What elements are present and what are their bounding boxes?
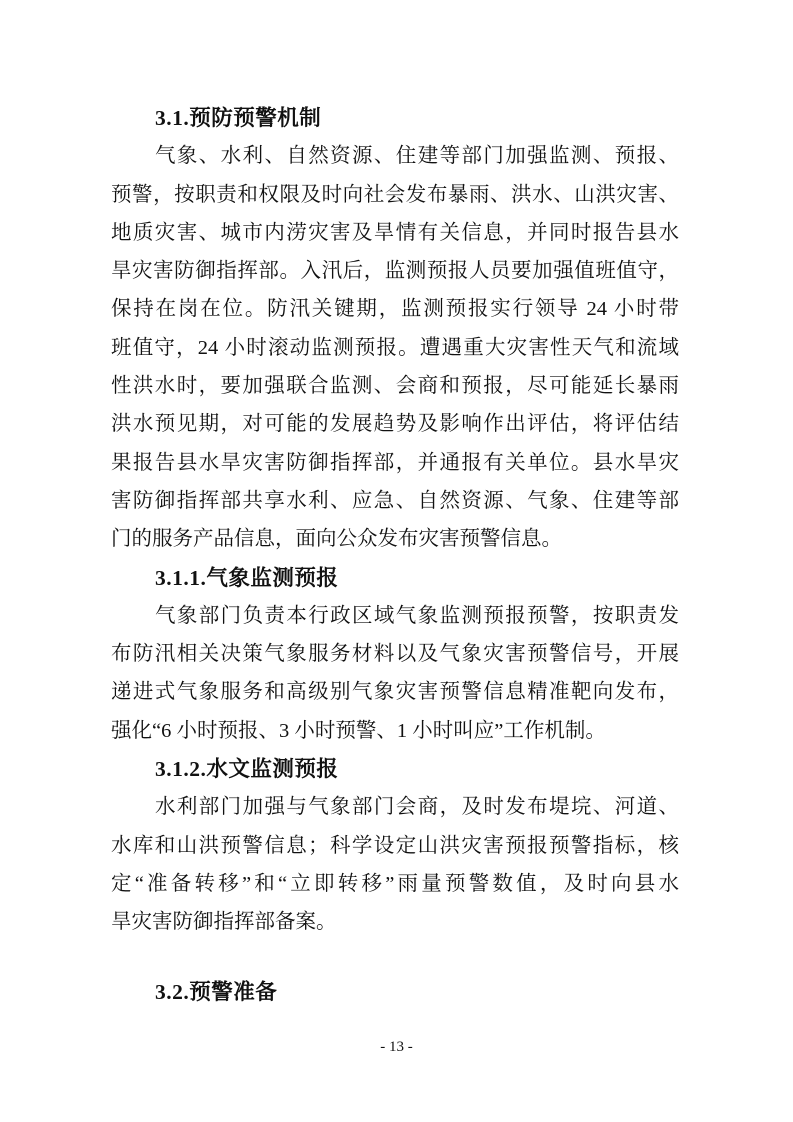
section-heading-3-1: 3.1.预防预警机制 [111,99,679,137]
text-line: 水库和山洪预警信息；科学设定山洪灾害预报预警指标，核 [111,827,679,865]
text-line: 害防御指挥部共享水利、应急、自然资源、气象、住建等部 [111,482,679,520]
section-heading-3-1-2: 3.1.2.水文监测预报 [111,750,679,788]
text-line: 地质灾害、城市内涝灾害及旱情有关信息，并同时报告县水 [111,214,679,252]
text-line: 果报告县水旱灾害防御指挥部，并通报有关单位。县水旱灾 [111,444,679,482]
section-heading-3-2: 3.2.预警准备 [111,973,679,1011]
text-line: 水利部门加强与气象部门会商，及时发布堤垸、河道、 [111,788,679,826]
text-line: 递进式气象服务和高级别气象灾害预警信息精准靶向发布， [111,673,679,711]
text-line: 门的服务产品信息，面向公众发布灾害预警信息。 [111,520,679,558]
document-page: 3.1.预防预警机制 气象、水利、自然资源、住建等部门加强监测、预报、 预警，按… [0,0,793,1122]
text-line: 保持在岗在位。防汛关键期，监测预报实行领导 24 小时带 [111,290,679,328]
text-line: 强化“6 小时预报、3 小时预警、1 小时叫应”工作机制。 [111,712,679,750]
text-line: 定“准备转移”和“立即转移”雨量预警数值，及时向县水 [111,865,679,903]
text-line: 旱灾害防御指挥部备案。 [111,903,679,941]
page-number: - 13 - [0,1035,793,1059]
text-line: 性洪水时，要加强联合监测、会商和预报，尽可能延长暴雨 [111,367,679,405]
text-line: 气象部门负责本行政区域气象监测预报预警，按职责发 [111,597,679,635]
document-body: 3.1.预防预警机制 气象、水利、自然资源、住建等部门加强监测、预报、 预警，按… [111,99,679,1011]
text-line: 布防汛相关决策气象服务材料以及气象灾害预警信号，开展 [111,635,679,673]
text-line: 旱灾害防御指挥部。入汛后，监测预报人员要加强值班值守， [111,252,679,290]
paragraph-3-1: 气象、水利、自然资源、住建等部门加强监测、预报、 预警，按职责和权限及时向社会发… [111,137,679,558]
paragraph-3-1-1: 气象部门负责本行政区域气象监测预报预警，按职责发 布防汛相关决策气象服务材料以及… [111,597,679,750]
text-line: 洪水预见期，对可能的发展趋势及影响作出评估，将评估结 [111,405,679,443]
text-line: 气象、水利、自然资源、住建等部门加强监测、预报、 [111,137,679,175]
text-line: 班值守，24 小时滚动监测预报。遭遇重大灾害性天气和流域 [111,329,679,367]
text-line: 预警，按职责和权限及时向社会发布暴雨、洪水、山洪灾害、 [111,176,679,214]
paragraph-3-1-2: 水利部门加强与气象部门会商，及时发布堤垸、河道、 水库和山洪预警信息；科学设定山… [111,788,679,941]
section-heading-3-1-1: 3.1.1.气象监测预报 [111,559,679,597]
